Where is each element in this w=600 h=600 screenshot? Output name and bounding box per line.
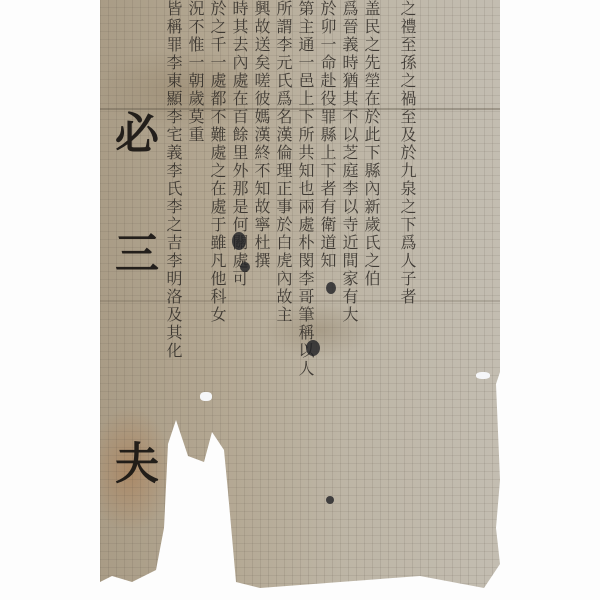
paper-hole bbox=[200, 392, 212, 401]
ink-blot bbox=[326, 282, 336, 294]
paper-hole bbox=[476, 372, 490, 379]
text-column: 所謂李元氏爲名漢倫理正事於白虎內故主 bbox=[274, 0, 292, 324]
ink-blot bbox=[306, 340, 320, 356]
ink-blot bbox=[240, 262, 250, 272]
text-column: 爲晉義時猶其不以芝庭李以寺近間家有大 bbox=[340, 0, 358, 324]
large-character: 夫 bbox=[100, 440, 164, 484]
large-character: 三 bbox=[100, 230, 164, 274]
photo-background: 必 三 夫 之禮至孫之禍至及於九泉之下爲人子者 盖民之先塋在於此下縣內新歲氏之伯… bbox=[0, 0, 600, 600]
text-column: 盖民之先塋在於此下縣內新歲氏之伯 bbox=[362, 0, 380, 288]
text-column: 之禮至孫之禍至及於九泉之下爲人子者 bbox=[398, 0, 416, 306]
text-column: 於卯一命赴役罪縣上下者有衛道知 bbox=[318, 0, 336, 270]
ink-blot bbox=[326, 496, 334, 504]
ink-blot bbox=[232, 232, 246, 250]
large-character: 必 bbox=[100, 110, 164, 154]
text-column: 皆稱罪李東顯李宅義李氏李之吉李明洛及其化 bbox=[164, 0, 182, 360]
text-column: 於之千一處都不難處之在處于雖凡他科女 bbox=[208, 0, 226, 324]
text-column: 興故送矣嗟彼媽漢終不知故寧杜撰 bbox=[252, 0, 270, 270]
manuscript-paper: 必 三 夫 之禮至孫之禍至及於九泉之下爲人子者 盖民之先塋在於此下縣內新歲氏之伯… bbox=[100, 0, 500, 600]
text-column: 況不惟一朝歲莫重 bbox=[186, 0, 204, 144]
text-column: 第主通一邑上下所共知也兩處朴閔李哥筆稱以人 bbox=[296, 0, 314, 378]
